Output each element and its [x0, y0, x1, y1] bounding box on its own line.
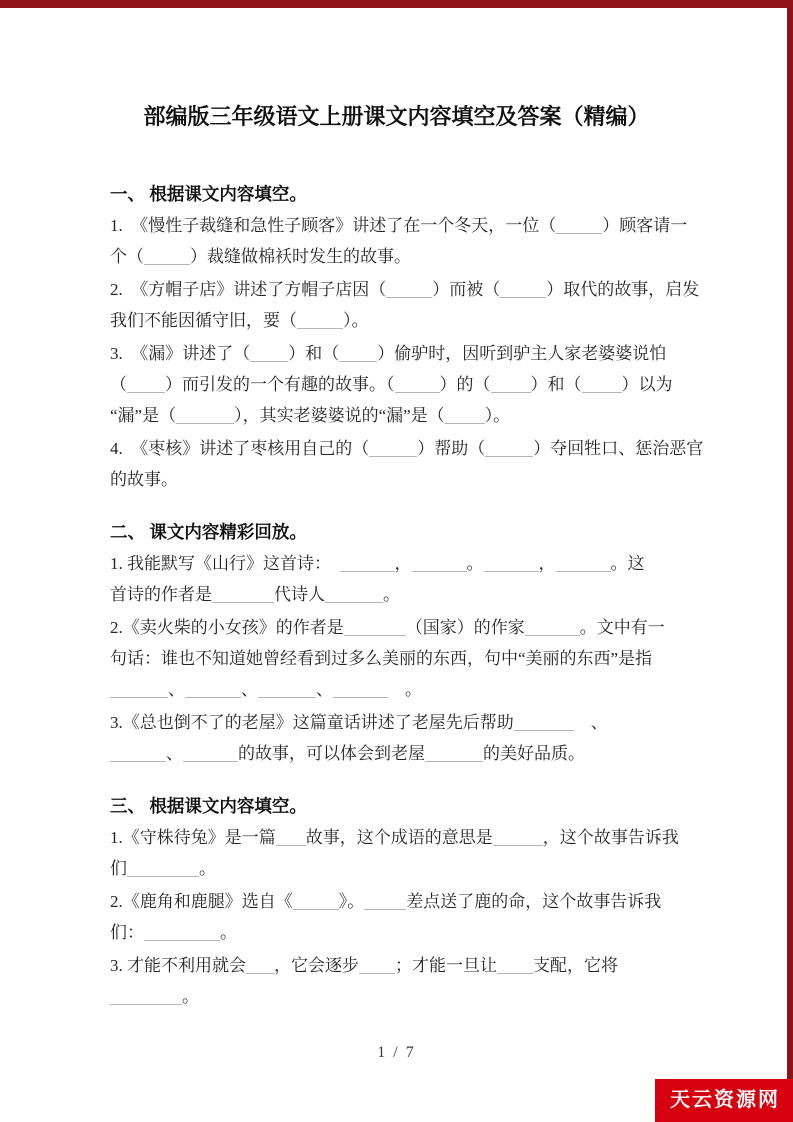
text-line: 、的故事，可以体会到老屋的美好品质。: [110, 738, 697, 769]
blank-underline: [359, 961, 395, 974]
text-segment: 个（: [110, 247, 144, 266]
text-line: 、、、 。: [110, 674, 697, 705]
text-segment: （: [110, 375, 127, 394]
blank-underline: [176, 411, 234, 424]
blank-underline: [293, 897, 339, 910]
text-segment: ）而被（: [432, 280, 500, 299]
text-line: （）而引发的一个有趣的故事。（）的（）和（）以为: [110, 369, 697, 400]
blank-underline: [514, 718, 574, 731]
text-segment: ，这个故事告诉我: [543, 828, 679, 847]
blank-underline: [484, 559, 539, 572]
blank-underline: [127, 380, 165, 393]
blank-underline: [340, 559, 395, 572]
blank-underline: [183, 749, 238, 762]
text-segment: 。文中有一: [580, 618, 665, 637]
section-2: 二、 课文内容精彩回放。1. 我能默写《山行》这首诗： ，。，。这首诗的作者是代…: [110, 517, 697, 769]
text-line: 2.《鹿角和鹿腿》选自《》。差点送了鹿的命，这个故事告诉我: [110, 886, 697, 917]
text-segment: ；才能一旦让: [395, 956, 497, 975]
blank-underline: [246, 961, 274, 974]
text-segment: 首诗的作者是: [110, 585, 212, 604]
blank-underline: [491, 380, 531, 393]
text-segment: 3. 才能不利用就会: [110, 956, 246, 975]
text-segment: 2. 《方帽子店》讲述了方帽子店因（: [110, 280, 386, 299]
blank-underline: [258, 685, 316, 698]
text-segment: （国家）的作家: [406, 618, 525, 637]
blank-underline: [556, 221, 602, 234]
text-segment: 的美好品质。: [483, 744, 585, 763]
text-segment: 。: [467, 554, 484, 573]
text-line: 2.《卖火柴的小女孩》的作者是（国家）的作家。文中有一: [110, 612, 697, 643]
text-segment: 代诗人: [274, 585, 325, 604]
text-line: 3. 才能不利用就会，它会逐步；才能一旦让支配，它将: [110, 950, 697, 981]
text-segment: ，: [539, 554, 556, 573]
blank-underline: [525, 623, 580, 636]
blank-underline: [144, 928, 220, 941]
section-heading: 一、 根据课文内容填空。: [110, 179, 697, 210]
text-line: 2. 《方帽子店》讲述了方帽子店因（）而被（）取代的故事，启发: [110, 274, 697, 305]
text-segment: 2.《卖火柴的小女孩》的作者是: [110, 618, 344, 637]
section-1: 一、 根据课文内容填空。1. 《慢性子裁缝和急性子顾客》讲述了在一个冬天，一位（…: [110, 179, 697, 495]
text-segment: ）顾客请一: [602, 216, 687, 235]
text-line: 首诗的作者是代诗人。: [110, 579, 697, 610]
text-segment: ）。: [343, 311, 369, 330]
text-segment: 。: [199, 859, 216, 878]
text-line: 们：。: [110, 917, 697, 948]
text-segment: 句话：谁也不知道她曾经看到过多么美丽的东西，句中“美丽的东西”是指: [110, 649, 652, 668]
text-segment: 1. 我能默写《山行》这首诗：: [110, 554, 340, 573]
text-segment: 、: [241, 680, 258, 699]
text-segment: 。: [388, 680, 422, 699]
text-segment: 。这: [611, 554, 645, 573]
text-segment: 1.《守株待兔》是一篇: [110, 828, 276, 847]
text-segment: 。: [182, 987, 199, 1006]
text-segment: 我们不能因循守旧，要（: [110, 311, 297, 330]
text-segment: 》。: [339, 892, 365, 911]
text-line: 1.《守株待兔》是一篇故事，这个成语的意思是，这个故事告诉我: [110, 822, 697, 853]
exercise-item: 4. 《枣核》讲述了枣核用自己的（）帮助（）夺回牲口、惩治恶官的故事。: [110, 433, 697, 495]
text-segment: 、: [316, 680, 333, 699]
text-segment: 的故事，可以体会到老屋: [238, 744, 425, 763]
document-body: 一、 根据课文内容填空。1. 《慢性子裁缝和急性子顾客》讲述了在一个冬天，一位（…: [0, 133, 793, 1012]
text-line: 3. 《漏》讲述了（）和（）偷驴时，因听到驴主人家老婆婆说怕: [110, 338, 697, 369]
text-line: 个（）裁缝做棉袄时发生的故事。: [110, 241, 697, 272]
blank-underline: [185, 685, 241, 698]
text-segment: ）的（: [440, 375, 491, 394]
blank-underline: [212, 590, 274, 603]
blank-underline: [500, 285, 546, 298]
text-line: 1. 《慢性子裁缝和急性子顾客》讲述了在一个冬天，一位（）顾客请一: [110, 210, 697, 241]
blank-underline: [395, 380, 440, 393]
text-line: 我们不能因循守旧，要（）。: [110, 305, 697, 336]
text-segment: 。: [220, 923, 237, 942]
text-line: 句话：谁也不知道她曾经看到过多么美丽的东西，句中“美丽的东西”是指: [110, 643, 697, 674]
text-segment: ，: [395, 554, 412, 573]
blank-underline: [344, 623, 406, 636]
page-number: 1 / 7: [0, 1044, 793, 1062]
blank-underline: [110, 749, 166, 762]
document-page: 部编版三年级语文上册课文内容填空及答案（精编） 一、 根据课文内容填空。1. 《…: [0, 0, 793, 1122]
blank-underline: [276, 833, 306, 846]
text-segment: ）夺回牲口、惩治恶官: [533, 439, 703, 458]
text-segment: 的故事。: [110, 470, 178, 489]
text-segment: 3. 《漏》讲述了（: [110, 344, 250, 363]
blank-underline: [493, 833, 543, 846]
text-segment: ）而引发的一个有趣的故事。（: [165, 375, 395, 394]
text-segment: ）和（: [288, 344, 339, 363]
blank-underline: [445, 411, 485, 424]
text-segment: 3.《总也倒不了的老屋》这篇童话讲述了老屋先后帮助: [110, 713, 514, 732]
blank-underline: [325, 590, 383, 603]
exercise-item: 1.《守株待兔》是一篇故事，这个成语的意思是，这个故事告诉我们。: [110, 822, 697, 884]
section-3: 三、 根据课文内容填空。1.《守株待兔》是一篇故事，这个成语的意思是，这个故事告…: [110, 791, 697, 1012]
text-line: 1. 我能默写《山行》这首诗： ，。，。这: [110, 548, 697, 579]
blank-underline: [485, 444, 533, 457]
text-segment: 们：: [110, 923, 144, 942]
blank-underline: [556, 559, 611, 572]
text-line: 3.《总也倒不了的老屋》这篇童话讲述了老屋先后帮助 、: [110, 707, 697, 738]
section-heading: 二、 课文内容精彩回放。: [110, 517, 697, 548]
text-segment: 支配，它将: [533, 956, 618, 975]
blank-underline: [412, 559, 467, 572]
blank-underline: [297, 316, 343, 329]
exercise-item: 2.《鹿角和鹿腿》选自《》。差点送了鹿的命，这个故事告诉我们：。: [110, 886, 697, 948]
blank-underline: [127, 864, 199, 877]
text-segment: ）取代的故事，启发: [546, 280, 699, 299]
text-segment: ，它会逐步: [274, 956, 359, 975]
text-segment: 1. 《慢性子裁缝和急性子顾客》讲述了在一个冬天，一位（: [110, 216, 556, 235]
blank-underline: [364, 897, 406, 910]
text-segment: ）和（: [531, 375, 582, 394]
text-segment: 4. 《枣核》讲述了枣核用自己的（: [110, 439, 369, 458]
text-segment: ）帮助（: [417, 439, 485, 458]
blank-underline: [333, 685, 388, 698]
text-segment: ），其实老婆婆说的“漏”是（: [234, 406, 445, 425]
text-line: 4. 《枣核》讲述了枣核用自己的（）帮助（）夺回牲口、惩治恶官: [110, 433, 697, 464]
exercise-item: 2.《卖火柴的小女孩》的作者是（国家）的作家。文中有一句话：谁也不知道她曾经看到…: [110, 612, 697, 705]
exercise-item: 1. 我能默写《山行》这首诗： ，。，。这首诗的作者是代诗人。: [110, 548, 697, 610]
text-segment: ）。: [485, 406, 511, 425]
text-segment: 差点送了鹿的命，这个故事告诉我: [406, 892, 661, 911]
text-segment: 、: [574, 713, 608, 732]
text-line: 们。: [110, 853, 697, 884]
exercise-item: 3. 《漏》讲述了（）和（）偷驴时，因听到驴主人家老婆婆说怕（）而引发的一个有趣…: [110, 338, 697, 431]
exercise-item: 1. 《慢性子裁缝和急性子顾客》讲述了在一个冬天，一位（）顾客请一个（）裁缝做棉…: [110, 210, 697, 272]
top-accent-bar: [0, 0, 793, 8]
blank-underline: [110, 685, 168, 698]
text-segment: ）偷驴时，因听到驴主人家老婆婆说怕: [377, 344, 666, 363]
text-line: 的故事。: [110, 464, 697, 495]
blank-underline: [369, 444, 417, 457]
watermark-badge: 天云资源网: [655, 1079, 793, 1122]
text-segment: ）裁缝做棉袄时发生的故事。: [190, 247, 411, 266]
text-segment: 、: [168, 680, 185, 699]
text-segment: 。: [383, 585, 400, 604]
text-segment: 、: [166, 744, 183, 763]
text-segment: 们: [110, 859, 127, 878]
exercise-item: 2. 《方帽子店》讲述了方帽子店因（）而被（）取代的故事，启发我们不能因循守旧，…: [110, 274, 697, 336]
document-title: 部编版三年级语文上册课文内容填空及答案（精编）: [0, 0, 793, 133]
section-heading: 三、 根据课文内容填空。: [110, 791, 697, 822]
blank-underline: [339, 349, 377, 362]
text-line: 。: [110, 981, 697, 1012]
text-line: “漏”是（），其实老婆婆说的“漏”是（）。: [110, 400, 697, 431]
blank-underline: [144, 252, 190, 265]
blank-underline: [386, 285, 432, 298]
blank-underline: [497, 961, 533, 974]
exercise-item: 3.《总也倒不了的老屋》这篇童话讲述了老屋先后帮助 、、的故事，可以体会到老屋的…: [110, 707, 697, 769]
text-segment: ）以为: [622, 375, 673, 394]
blank-underline: [250, 349, 288, 362]
right-accent-bar: [787, 0, 793, 1122]
text-segment: 故事，这个成语的意思是: [306, 828, 493, 847]
text-segment: 2.《鹿角和鹿腿》选自《: [110, 892, 293, 911]
blank-underline: [110, 992, 182, 1005]
text-segment: “漏”是（: [110, 406, 176, 425]
blank-underline: [582, 380, 622, 393]
exercise-item: 3. 才能不利用就会，它会逐步；才能一旦让支配，它将。: [110, 950, 697, 1012]
blank-underline: [425, 749, 483, 762]
